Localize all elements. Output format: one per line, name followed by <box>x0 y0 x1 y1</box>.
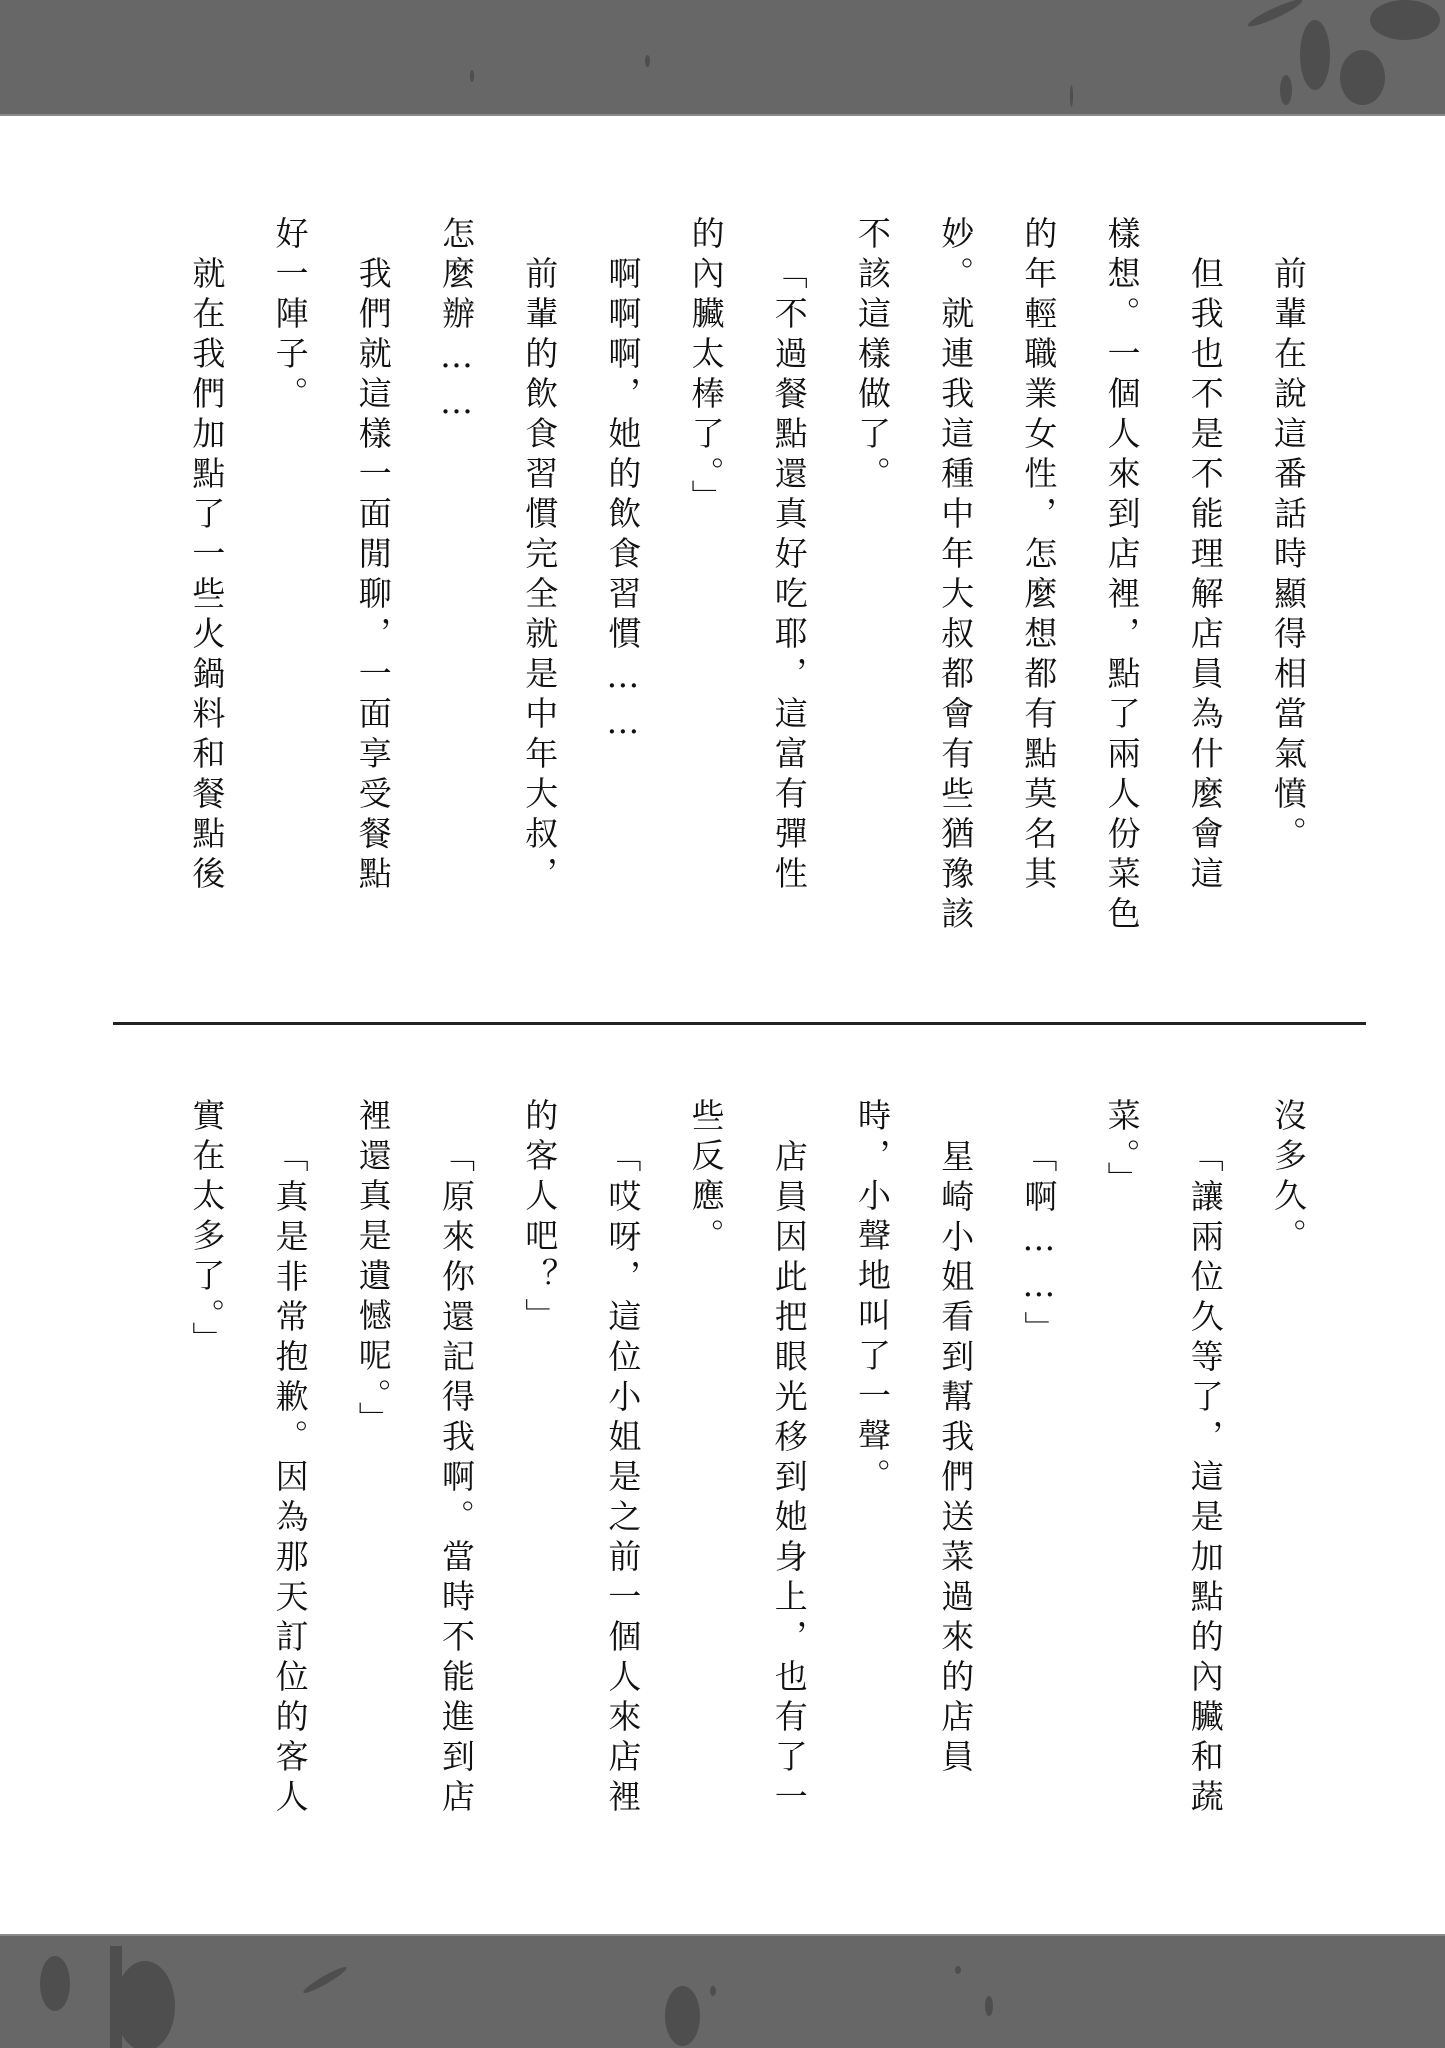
lower-text-block: 沒多久。「讓兩位久等了，這是加點的內臟和蔬菜。」「啊……」星崎小姐看到幫我們送菜… <box>0 0 1445 1934</box>
texture-speck <box>710 1986 716 1996</box>
text-column: 裡還真是遺憾呢。」 <box>353 1098 393 1442</box>
text-column: 時，小聲地叫了一聲。 <box>852 1098 892 1498</box>
texture-speck <box>665 1986 700 2046</box>
texture-speck <box>40 1956 70 2011</box>
texture-speck <box>955 1966 961 1974</box>
text-column: 「啊……」 <box>1018 1139 1058 1351</box>
text-column: 「讓兩位久等了，這是加點的內臟和蔬 <box>1185 1139 1225 1819</box>
text-column: 「哎呀，這位小姐是之前一個人來店裡 <box>602 1139 642 1819</box>
text-column: 星崎小姐看到幫我們送菜過來的店員 <box>935 1139 975 1779</box>
texture-speck <box>115 1961 175 2048</box>
texture-speck <box>985 1996 993 2016</box>
text-column: 些反應。 <box>686 1098 726 1258</box>
texture-speck <box>110 1946 122 2048</box>
text-column: 「真是非常抱歉。因為那天訂位的客人 <box>270 1139 310 1819</box>
text-column: 的客人吧？」 <box>519 1098 559 1338</box>
bottom-texture-band <box>0 1934 1445 2048</box>
text-column: 店員因此把眼光移到她身上，也有了一 <box>769 1139 809 1819</box>
text-column: 實在太多了。」 <box>186 1098 226 1362</box>
text-column: 「原來你還記得我啊。當時不能進到店 <box>436 1139 476 1819</box>
text-column: 菜。」 <box>1102 1098 1142 1202</box>
text-column: 沒多久。 <box>1268 1098 1308 1258</box>
texture-speck <box>301 1964 348 1996</box>
